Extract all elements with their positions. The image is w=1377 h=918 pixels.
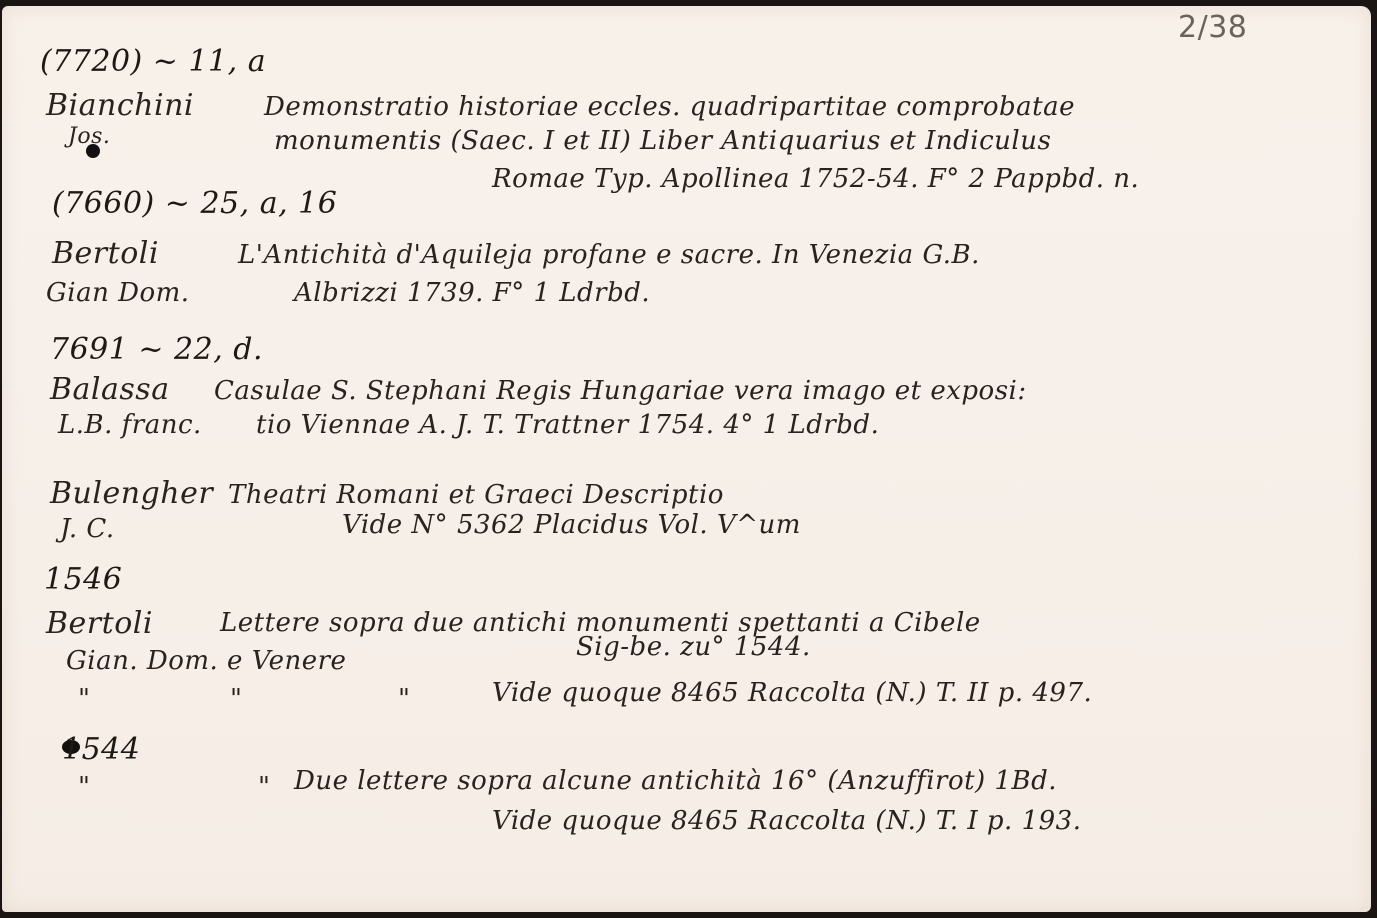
ditto-mark: "	[78, 772, 90, 802]
author-name: Bulengher	[50, 476, 213, 511]
call-number: 1546	[44, 562, 122, 597]
title-line: Due lettere sopra alcune antichità 16° (…	[294, 766, 1057, 796]
call-number: (7660) ~ 25, a, 16	[52, 186, 337, 221]
ditto-mark: "	[230, 684, 242, 714]
author-forename: L.B. franc.	[58, 410, 202, 440]
author-name: Bertoli	[52, 236, 159, 271]
title-line: monumentis (Saec. I et II) Liber Antiqua…	[274, 126, 1051, 156]
author-name: Bianchini	[46, 88, 194, 123]
catalog-card: 2/38 (7720) ~ 11, a Bianchini Demonstrat…	[2, 6, 1371, 912]
author-forename: Gian. Dom. e Venere	[66, 646, 346, 676]
title-line: Casulae S. Stephani Regis Hungariae vera…	[214, 376, 1027, 406]
call-number: (7720) ~ 11, a	[40, 44, 266, 79]
imprint-line: Romae Typ. Apollinea 1752-54. F° 2 Pappb…	[492, 164, 1139, 194]
cross-reference: Vide quoque 8465 Raccolta (N.) T. II p. …	[492, 678, 1092, 708]
title-line: tio Viennae A. J. T. Trattner 1754. 4° 1…	[256, 410, 879, 440]
title-line: Sig-be. zu° 1544.	[576, 632, 811, 662]
author-forename: Gian Dom.	[46, 278, 190, 308]
call-number: 7691 ~ 22, d.	[50, 332, 263, 367]
call-number: 1544	[62, 732, 140, 767]
author-name: Balassa	[50, 372, 170, 407]
ditto-mark: "	[398, 684, 410, 714]
cross-reference: Vide quoque 8465 Raccolta (N.) T. I p. 1…	[492, 806, 1081, 836]
ink-blot	[86, 144, 100, 158]
title-line: Demonstratio historiae eccles. quadripar…	[264, 92, 1075, 122]
title-line: Theatri Romani et Graeci Descriptio	[228, 480, 724, 510]
cross-reference: Vide N° 5362 Placidus Vol. V^um	[342, 510, 801, 540]
title-line: L'Antichità d'Aquileja profane e sacre. …	[238, 240, 980, 270]
ditto-mark: "	[78, 684, 90, 714]
ditto-mark: "	[258, 772, 270, 802]
shelf-mark: 2/38	[1178, 10, 1247, 45]
title-line: Albrizzi 1739. F° 1 Ldrbd.	[294, 278, 650, 308]
author-forename: J. C.	[60, 514, 115, 544]
author-name: Bertoli	[46, 606, 153, 641]
